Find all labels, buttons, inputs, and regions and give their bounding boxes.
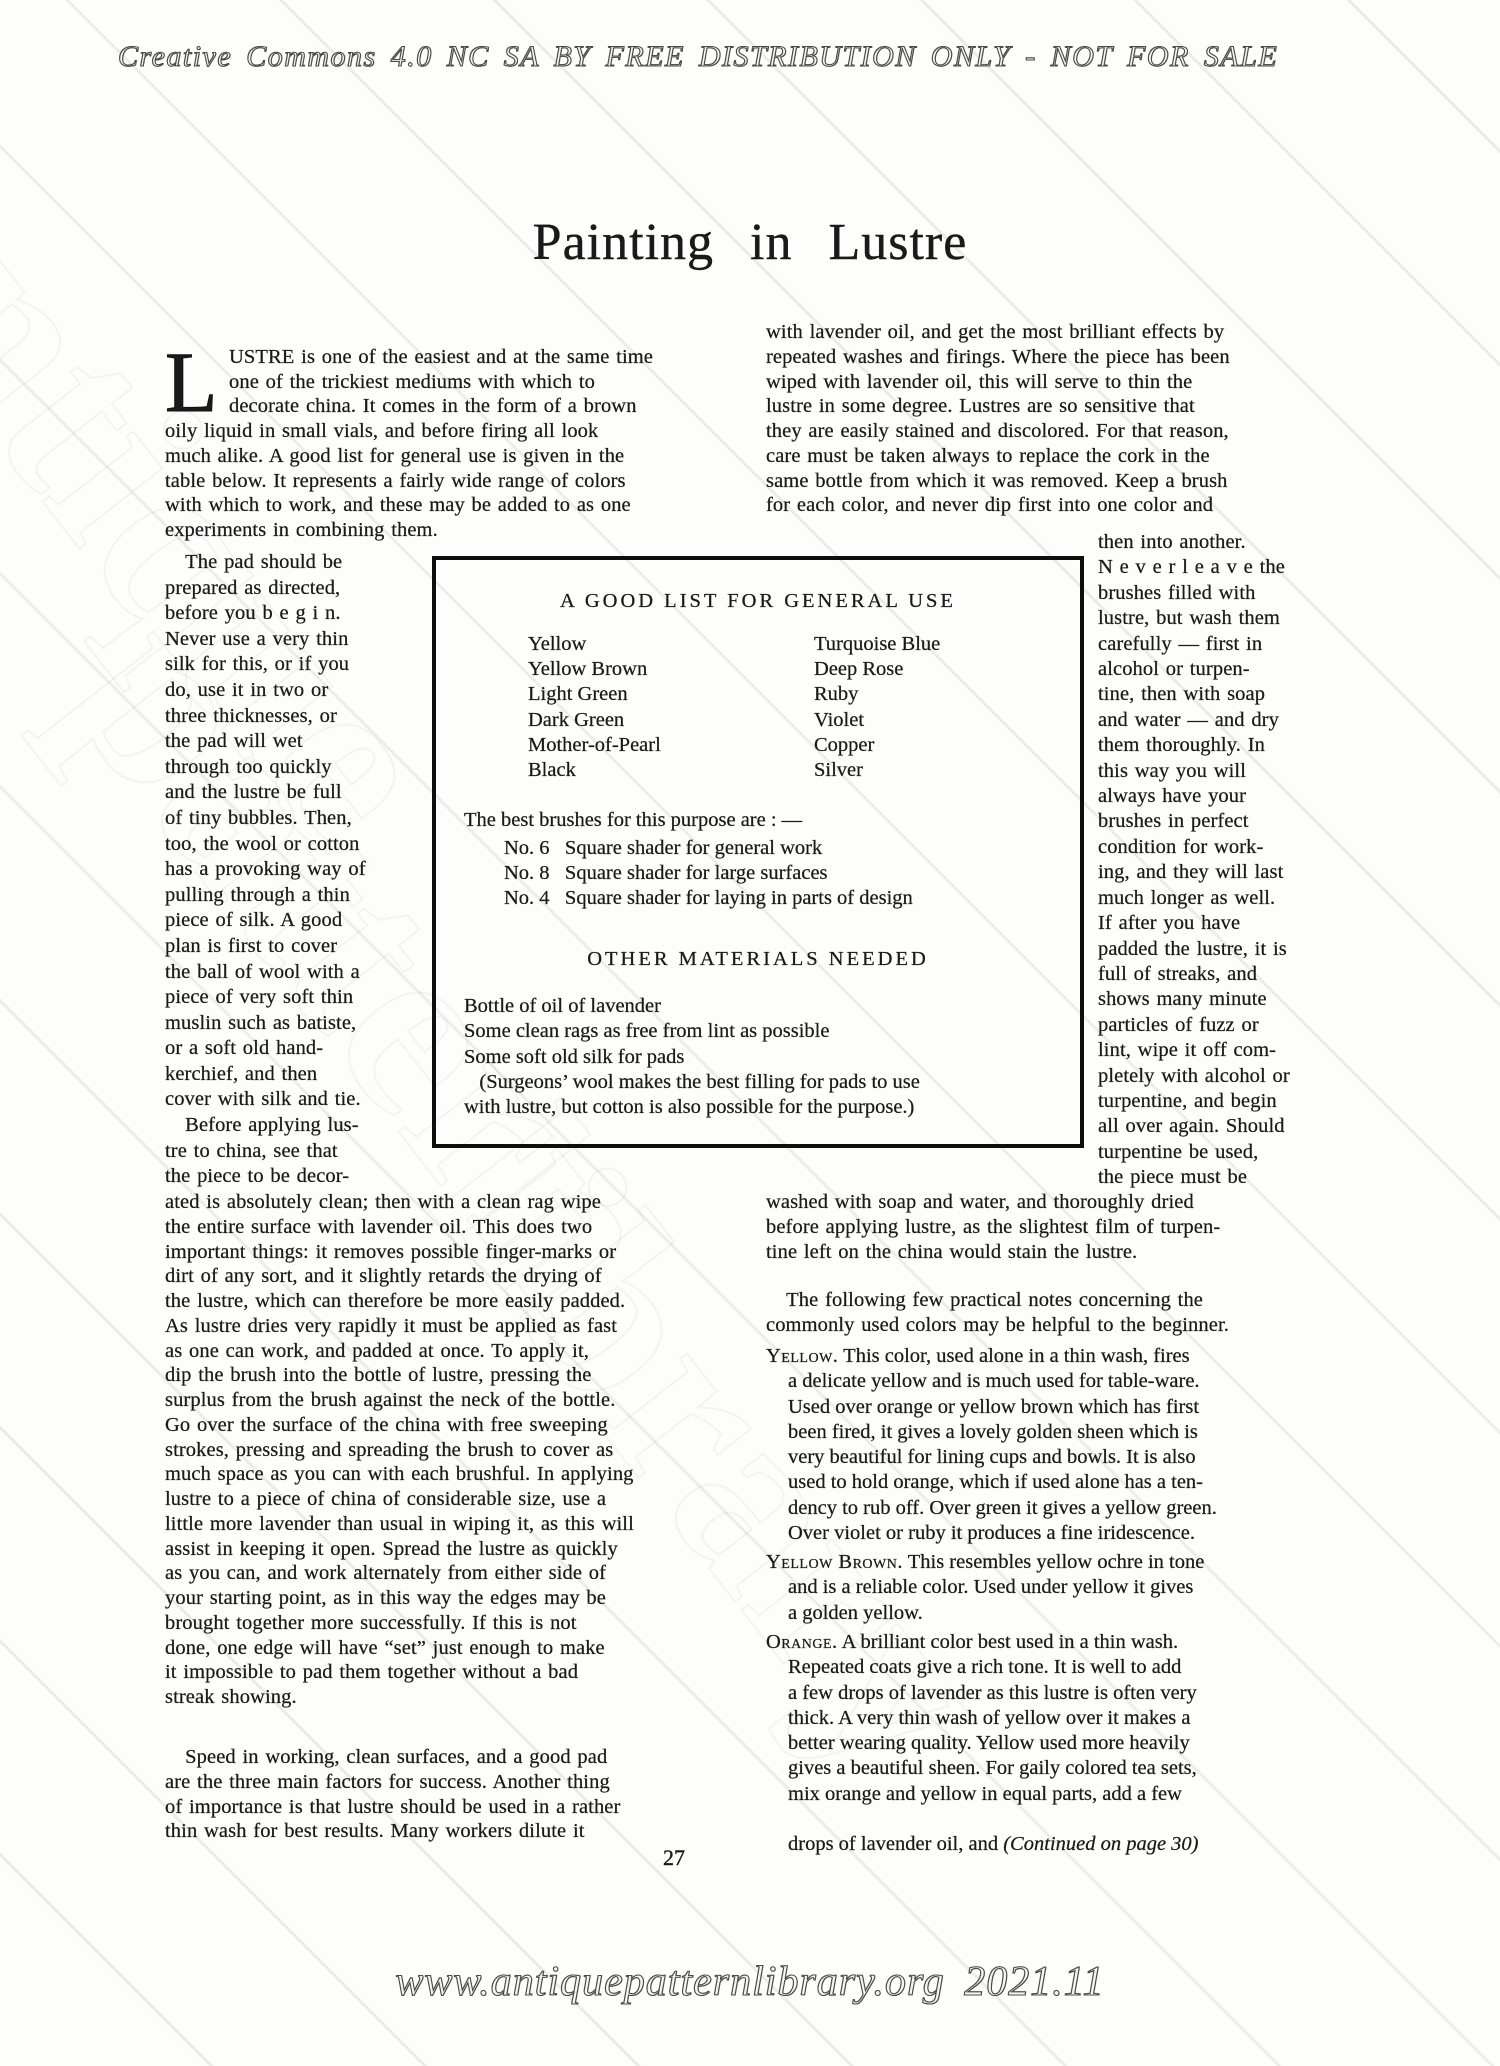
note-orange-first: A brilliant color best used in a thin wa… [838,1631,1178,1653]
notes-intro-paragraph: The following few practical notes concer… [766,1288,1348,1338]
brushes-intro: The best brushes for this purpose are : … [464,809,802,832]
col1-final-paragraph: Speed in working, clean surfaces, and a … [165,1745,747,1844]
footer-url: www.antiquepatternlibrary.org 2021.11 [395,1958,1104,2006]
col1-resume-paragraph: ated is absolutely clean; then with a cl… [165,1190,747,1710]
intro-text: USTRE is one of the easiest and at the s… [165,346,653,541]
note-orange-lead: Orange. [766,1631,838,1653]
intro-paragraph: LUSTRE is one of the easiest and at the … [165,320,747,543]
color-list-left: Yellow Yellow Brown Light Green Dark Gre… [528,632,814,783]
page-number: 27 [663,1845,685,1871]
note-yellow: Yellow. This color, used alone in a thin… [766,1344,1356,1546]
color-list-right: Turquoise Blue Deep Rose Ruby Violet Cop… [814,632,940,783]
materials-box: A GOOD LIST FOR GENERAL USE Yellow Yello… [432,556,1084,1148]
other-materials-title: OTHER MATERIALS NEEDED [436,948,1080,971]
col2-narrow-paragraph: then into another. N e v e r l e a v e t… [1098,530,1348,1191]
note-yellow-brown: Yellow Brown. This resembles yellow ochr… [766,1550,1356,1626]
license-notice: Creative Commons 4.0 NC SA BY FREE DISTR… [118,40,1278,74]
note-orange: Orange. A brilliant color best used in a… [766,1630,1356,1858]
box-title: A GOOD LIST FOR GENERAL USE [436,590,1080,613]
materials-list: Bottle of oil of lavender Some clean rag… [464,994,829,1070]
drop-cap: L [165,347,221,419]
continued-note: (Continued on page 30) [1003,1833,1198,1855]
note-orange-rest: Repeated coats give a rich tone. It is w… [788,1656,1197,1804]
note-orange-body: Repeated coats give a rich tone. It is w… [766,1655,1356,1857]
page-title: Painting in Lustre [0,213,1500,272]
note-yellow-first: This color, used alone in a thin wash, f… [838,1345,1189,1367]
color-list: Yellow Yellow Brown Light Green Dark Gre… [528,632,940,783]
materials-note: (Surgeons’ wool makes the best filling f… [464,1070,920,1121]
note-yellow-brown-lead: Yellow Brown. [766,1551,903,1573]
col1-narrow-paragraph: The pad should be prepared as directed, … [165,550,425,1190]
note-yellow-brown-first: This resembles yellow ochre in tone [903,1551,1204,1573]
brushes-list: No. 6 Square shader for general work No.… [504,836,913,912]
col2-resume-paragraph: washed with soap and water, and thorough… [766,1190,1348,1264]
note-orange-last: drops of lavender oil, and [788,1833,1003,1855]
note-yellow-body: a delicate yellow and is much used for t… [766,1369,1356,1546]
scanned-page: Antique pattern library Creative Commons… [0,0,1500,2066]
note-yellow-lead: Yellow. [766,1345,838,1367]
note-yellow-brown-body: and is a reliable color. Used under yell… [766,1575,1356,1626]
col2-paragraph-1: with lavender oil, and get the most bril… [766,320,1348,518]
